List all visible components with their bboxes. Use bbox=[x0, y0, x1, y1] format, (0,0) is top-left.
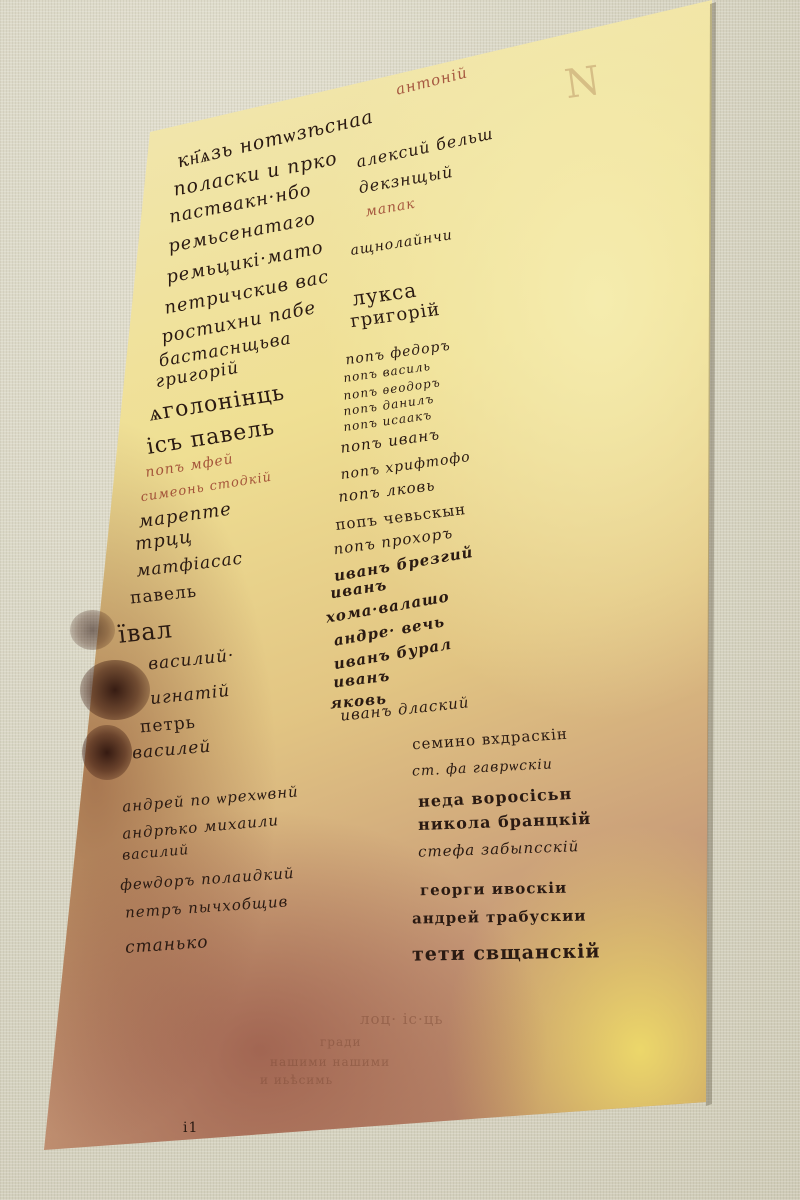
left-line: василей bbox=[131, 737, 212, 764]
left-line: петръ пычхобщив bbox=[125, 892, 289, 921]
left-line: василий bbox=[121, 842, 189, 864]
right-line: мапак bbox=[364, 196, 417, 221]
left-line: матфіасас bbox=[135, 549, 244, 582]
faint-line: лоц· іс·ць bbox=[360, 1010, 444, 1028]
left-line: петрь bbox=[139, 713, 196, 738]
right-line: ащнолайнчи bbox=[349, 227, 453, 259]
right-line: неда воросісьн bbox=[418, 784, 573, 811]
left-line: андрѣко михаили bbox=[122, 811, 280, 843]
handwritten-text: кн҃ѧзь нотѡзѣснаа поласки и прко паствак… bbox=[0, 0, 800, 1200]
right-line: ст. фа гаврѡскіи bbox=[412, 756, 554, 780]
left-line: феѡдоръ полаидкий bbox=[120, 864, 296, 895]
left-line: станько bbox=[124, 932, 209, 958]
right-line: андрей трабускии bbox=[412, 906, 587, 927]
left-line: василий· bbox=[147, 646, 235, 675]
left-line: павель bbox=[129, 582, 198, 609]
left-line: игнатій bbox=[149, 681, 231, 709]
right-line: георги ивоскіи bbox=[420, 879, 567, 900]
right-line: семино вхдраскін bbox=[412, 725, 569, 754]
right-line: алексий бельш bbox=[355, 124, 496, 172]
right-line: антоній bbox=[394, 63, 470, 98]
faint-line: гради bbox=[320, 1035, 362, 1049]
right-line: никола бранцкій bbox=[418, 809, 592, 834]
faint-line: нашими нашими bbox=[270, 1055, 390, 1069]
right-line: стефа забыпсскій bbox=[418, 837, 580, 861]
left-line: ївал bbox=[117, 615, 174, 649]
page-mark: і1 bbox=[183, 1120, 198, 1136]
faint-line: и иьѣсимь bbox=[260, 1073, 333, 1087]
right-line: тети свщанскій bbox=[412, 940, 601, 965]
